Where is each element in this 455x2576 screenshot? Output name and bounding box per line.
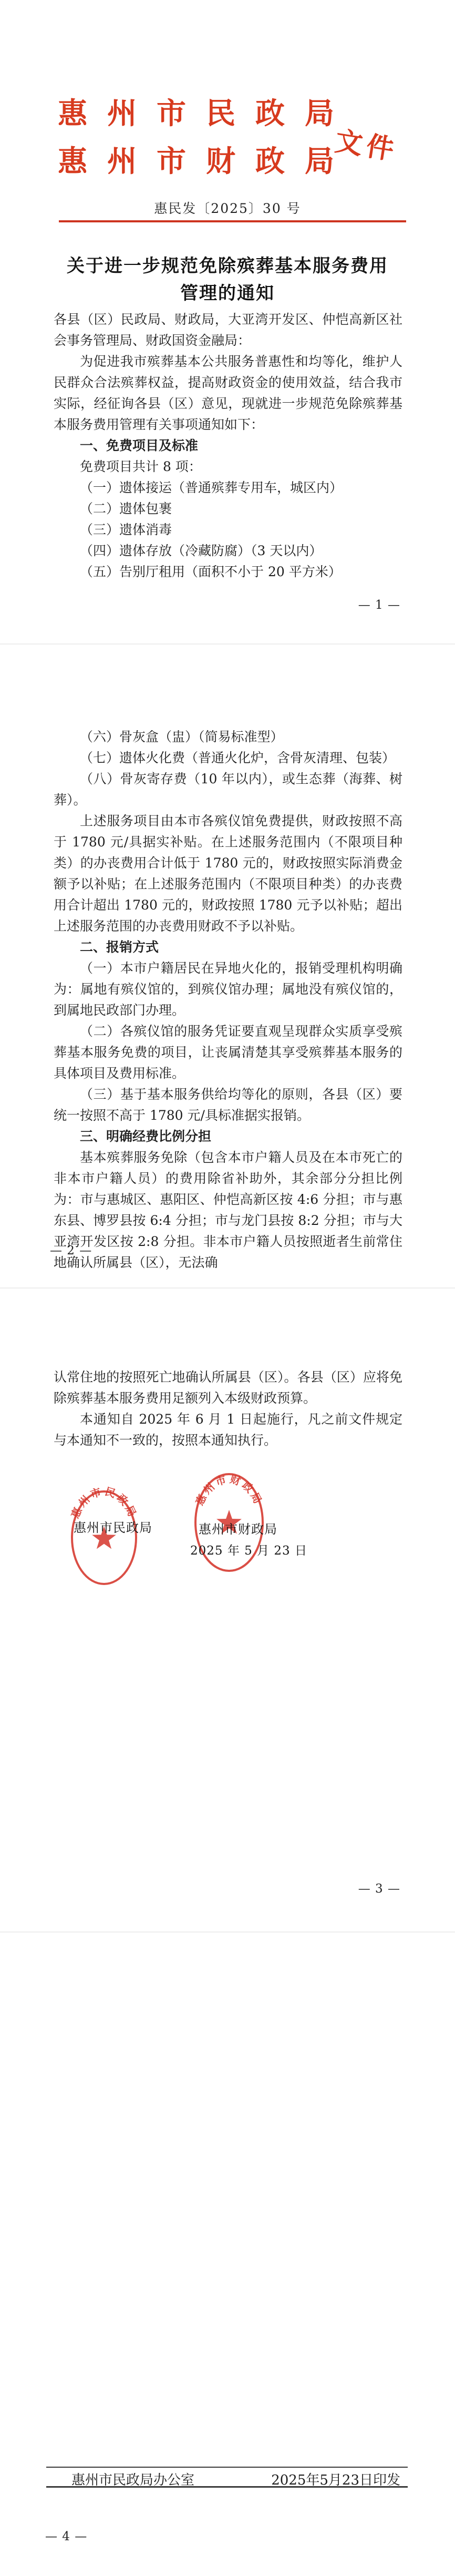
reimburse-para-3: （三）基于基本服务供给均等化的原则，各县（区）要统一按照不高于 1780 元/具…	[54, 1084, 402, 1126]
page2-body: （六）骨灰盒（盅）（简易标准型） （七）遗体火化费（普通火化炉，含骨灰清理、包装…	[54, 727, 402, 1273]
page-number-3: — 3 —	[315, 1882, 400, 1896]
document-scan: 惠州市民政局 惠州市财政局 文件 惠民发〔2025〕30 号 关于进一步规范免除…	[0, 0, 455, 2576]
free-item-5: （五）告别厅租用（面积不小于 20 平方米）	[54, 561, 402, 582]
red-divider-rule	[59, 220, 406, 222]
free-item-6: （六）骨灰盒（盅）（简易标准型）	[54, 727, 402, 748]
page-separator	[0, 1931, 455, 1933]
document-title-line1: 关于进一步规范免除殡葬基本服务费用	[0, 255, 455, 277]
signature-civil-affairs: 惠州市民政局	[74, 1517, 152, 1536]
document-title-line2: 管理的通知	[0, 283, 455, 304]
footer-rule-bottom	[46, 2486, 408, 2488]
page-number-4: — 4 —	[45, 2530, 87, 2543]
civil-affairs-seal-icon: 惠州市民政局	[70, 1489, 138, 1586]
free-item-7: （七）遗体火化费（普通火化炉，含骨灰清理、包装）	[54, 748, 402, 769]
free-item-3: （三）遗体消毒	[54, 519, 402, 540]
letterhead-agency-1: 惠州市民政局	[58, 98, 354, 129]
page-number-1: — 1 —	[315, 598, 400, 612]
section3-heading: 三、明确经费比例分担	[54, 1126, 402, 1147]
footer-rule-top	[46, 2467, 408, 2468]
cost-share-continued: 认常住地的按照死亡地确认所属县（区）。各县（区）应将免除殡葬基本服务费用足额列入…	[54, 1367, 402, 1409]
section2-heading: 二、报销方式	[54, 937, 402, 958]
page-separator	[0, 1287, 455, 1289]
section1-heading: 一、免费项目及标准	[54, 435, 402, 456]
subsidy-paragraph: 上述服务项目由本市各殡仪馆免费提供，财政按照不高于 1780 元/具据实补贴。在…	[54, 811, 402, 937]
free-item-2: （二）遗体包裹	[54, 498, 402, 519]
seal-arc-text: 惠州市财政局	[193, 1473, 265, 1507]
salutation: 各县（区）民政局、财政局，大亚湾开发区、仲恺高新区社会事务管理局、财政国资金融局…	[54, 309, 402, 351]
intro-paragraph: 为促进我市殡葬基本公共服务普惠性和均等化，维护人民群众合法殡葬权益，提高财政资金…	[54, 351, 402, 435]
page-number-2: — 2 —	[50, 1244, 92, 1258]
document-number: 惠民发〔2025〕30 号	[0, 198, 455, 217]
free-item-1: （一）遗体接运（普通殡葬专用车，城区内）	[54, 477, 402, 498]
page3-body: 认常住地的按照死亡地确认所属县（区）。各县（区）应将免除殡葬基本服务费用足额列入…	[54, 1367, 402, 1451]
effective-date-paragraph: 本通知自 2025 年 6 月 1 日起施行，凡之前文件规定与本通知不一致的，按…	[54, 1409, 402, 1451]
items-intro: 免费项目共计 8 项：	[54, 456, 402, 477]
free-item-8: （八）骨灰寄存费（10 年以内），或生态葬（海葬、树葬）。	[54, 769, 402, 811]
reimburse-para-1: （一）本市户籍居民在异地火化的，报销受理机构明确为：属地有殡仪馆的，到殡仪馆办理…	[54, 958, 402, 1021]
letterhead-agency-2: 惠州市财政局	[58, 146, 354, 177]
signature-date: 2025 年 5 月 23 日	[190, 1541, 307, 1558]
page1-body: 各县（区）民政局、财政局，大亚湾开发区、仲恺高新区社会事务管理局、财政国资金融局…	[54, 309, 402, 582]
signature-finance-bureau: 惠州市财政局	[199, 1519, 277, 1537]
reimburse-para-2: （二）各殡仪馆的服务凭证要直观呈现群众实质享受殡葬基本服务免费的项目，让丧属清楚…	[54, 1021, 402, 1084]
seal-arc-text: 惠州市民政局	[68, 1485, 139, 1520]
free-item-4: （四）遗体存放（冷藏防腐）（3 天以内）	[54, 540, 402, 561]
cost-share-paragraph: 基本殡葬服务免除（包含本市户籍人员及在本市死亡的非本市户籍人员）的费用除省补助外…	[54, 1147, 402, 1273]
page-separator	[0, 643, 455, 645]
